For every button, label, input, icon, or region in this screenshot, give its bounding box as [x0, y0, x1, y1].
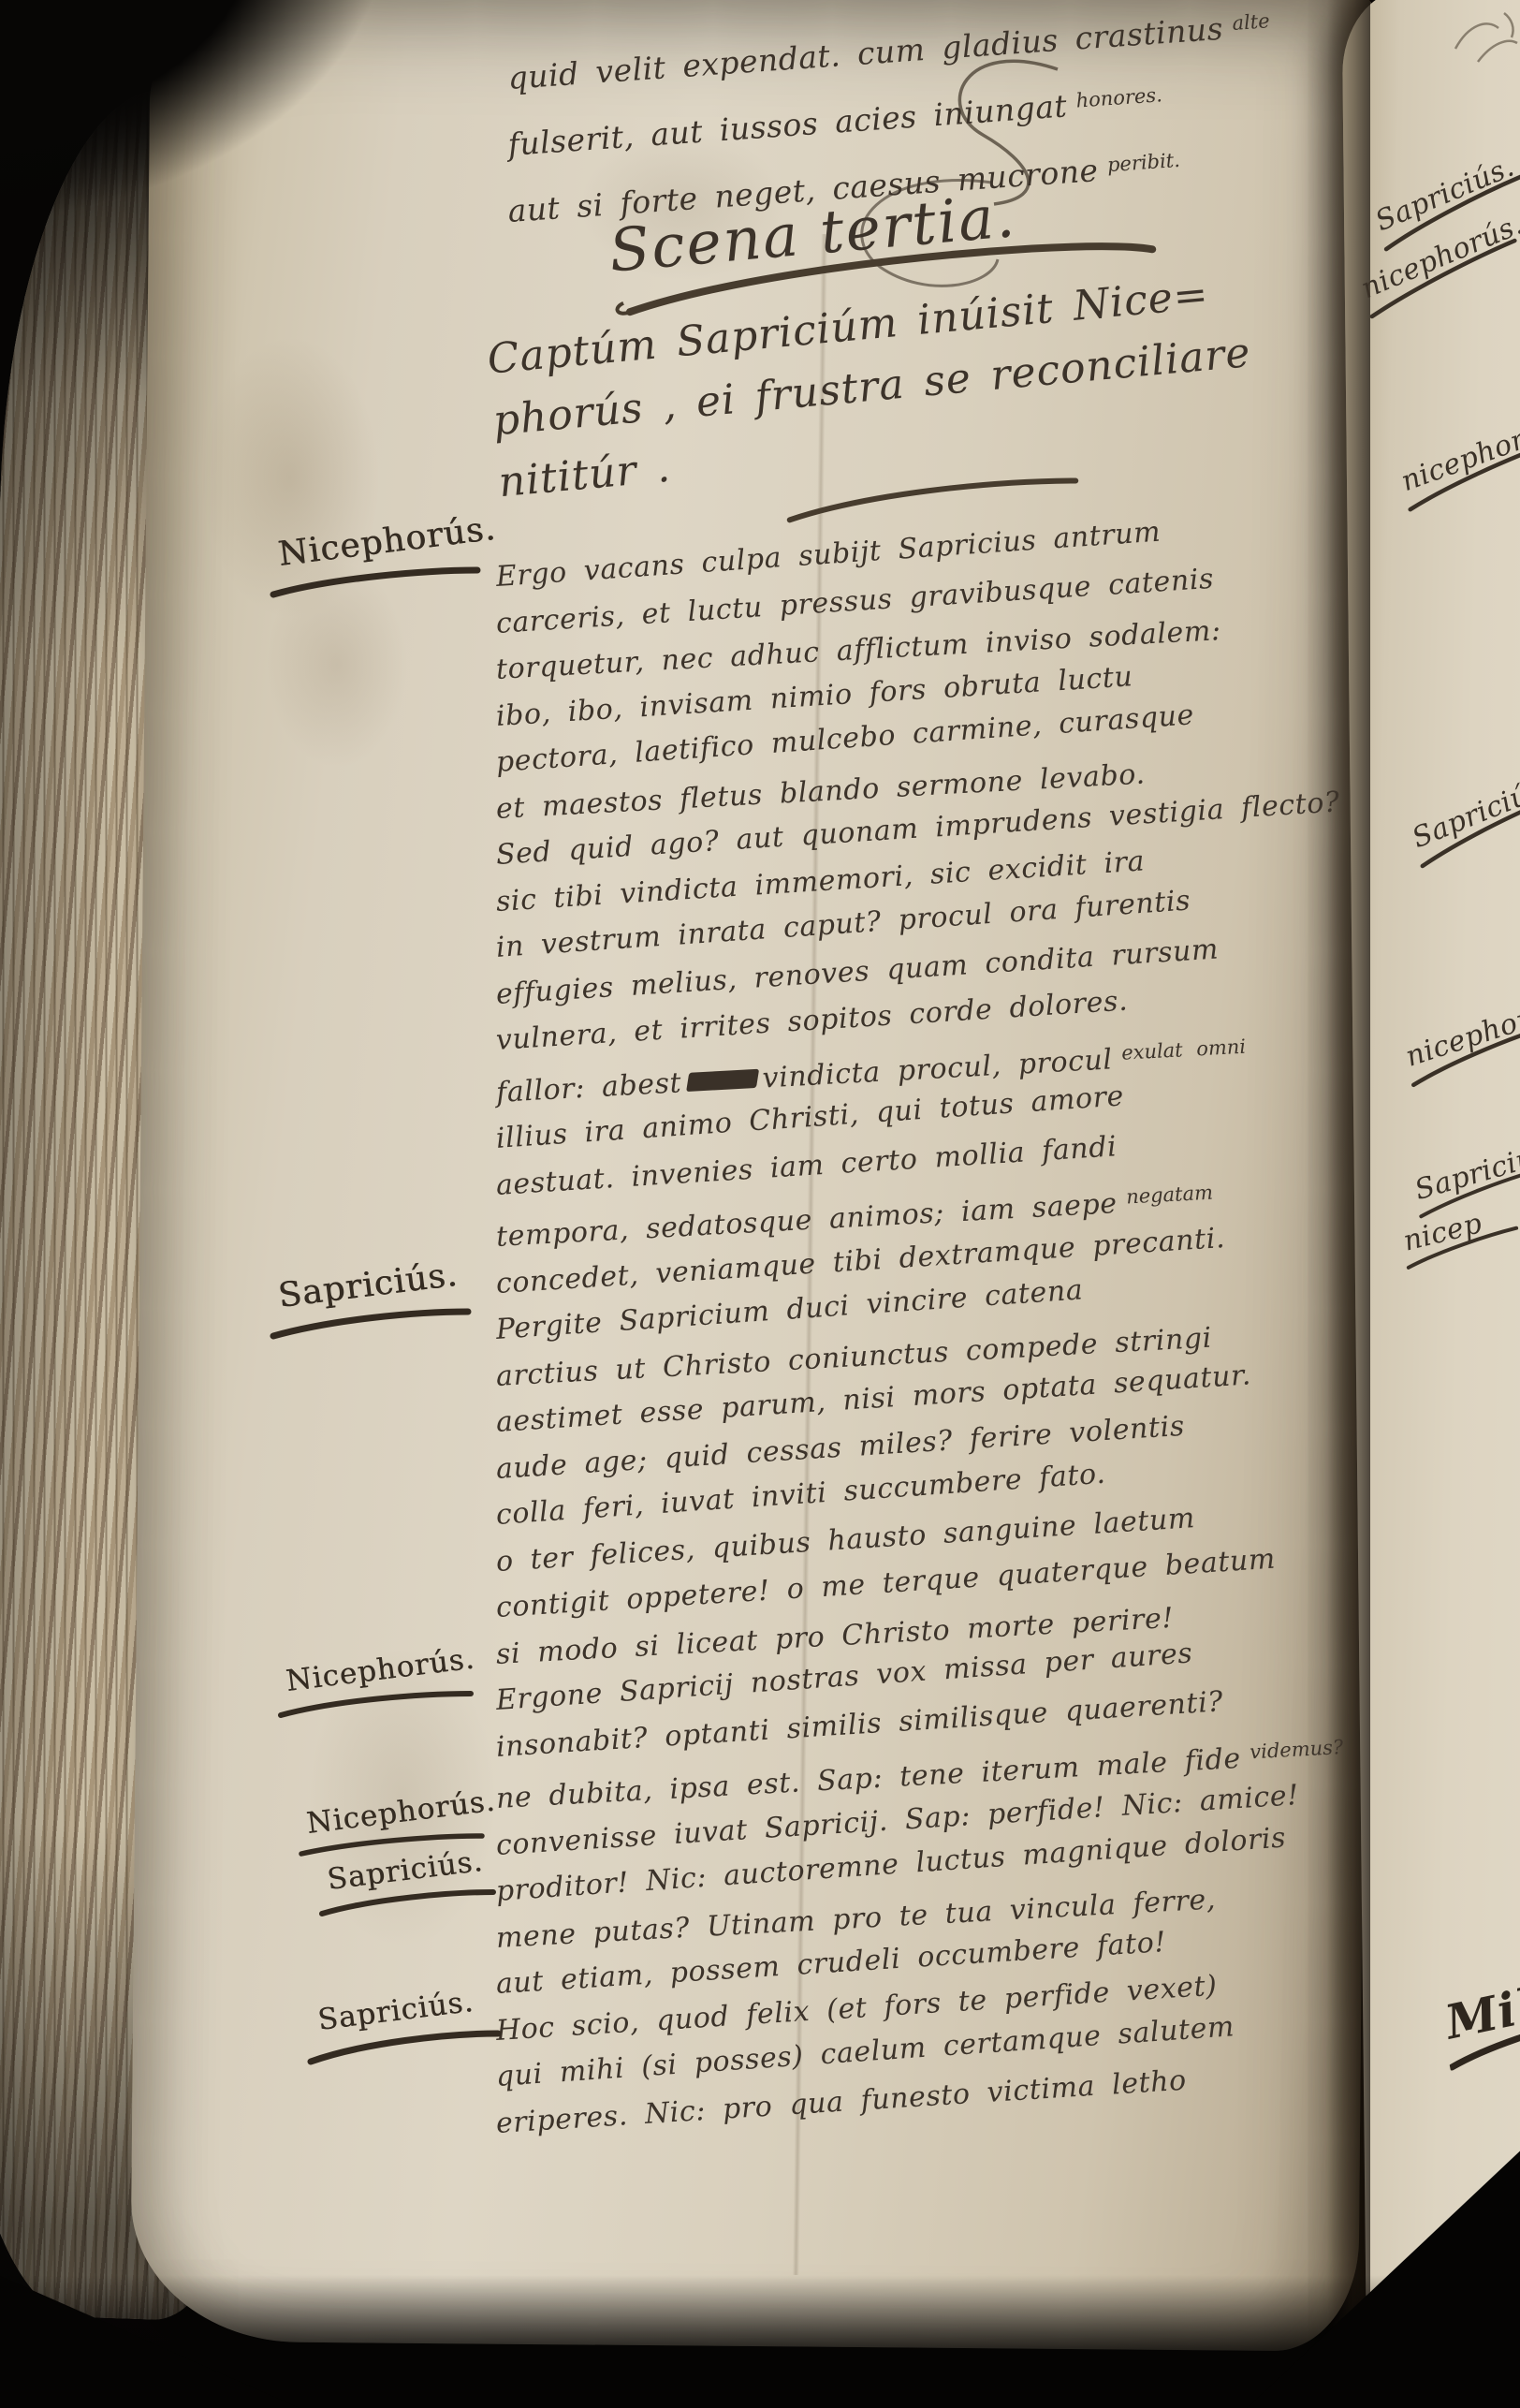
- speaker-label-nicephorus: Nicephorús.: [281, 536, 500, 598]
- speaker-label-nicephorus: Nicephorús.: [288, 1665, 478, 1719]
- dialogue-text: Ergo vacans culpa subijt Sapricius antru…: [496, 554, 1371, 2147]
- next-page-speaker-label: Sapriciús: [1408, 771, 1520, 869]
- manuscript-photo: quid velit expendat. cum gladius crastin…: [0, 0, 1520, 2408]
- next-page-margin: Sapriciús. nicephorús. nicephorús Sapric…: [1354, 0, 1520, 2408]
- ink-blot-strikethrough: █████: [686, 1068, 759, 1091]
- next-page-speaker-label: nicephor: [1402, 1001, 1520, 1088]
- next-page-heading-fragment: Mil: [1440, 1968, 1520, 2070]
- speaker-label-sapricius: Sapriciús.: [329, 1863, 499, 1917]
- next-page-speaker-label: nicephorús: [1397, 412, 1520, 512]
- corner-scribble: [1450, 6, 1520, 71]
- speaker-label-sapricius: Sapriciús.: [281, 1277, 474, 1340]
- speaker-label-sapricius: Sapriciús.: [320, 2004, 504, 2065]
